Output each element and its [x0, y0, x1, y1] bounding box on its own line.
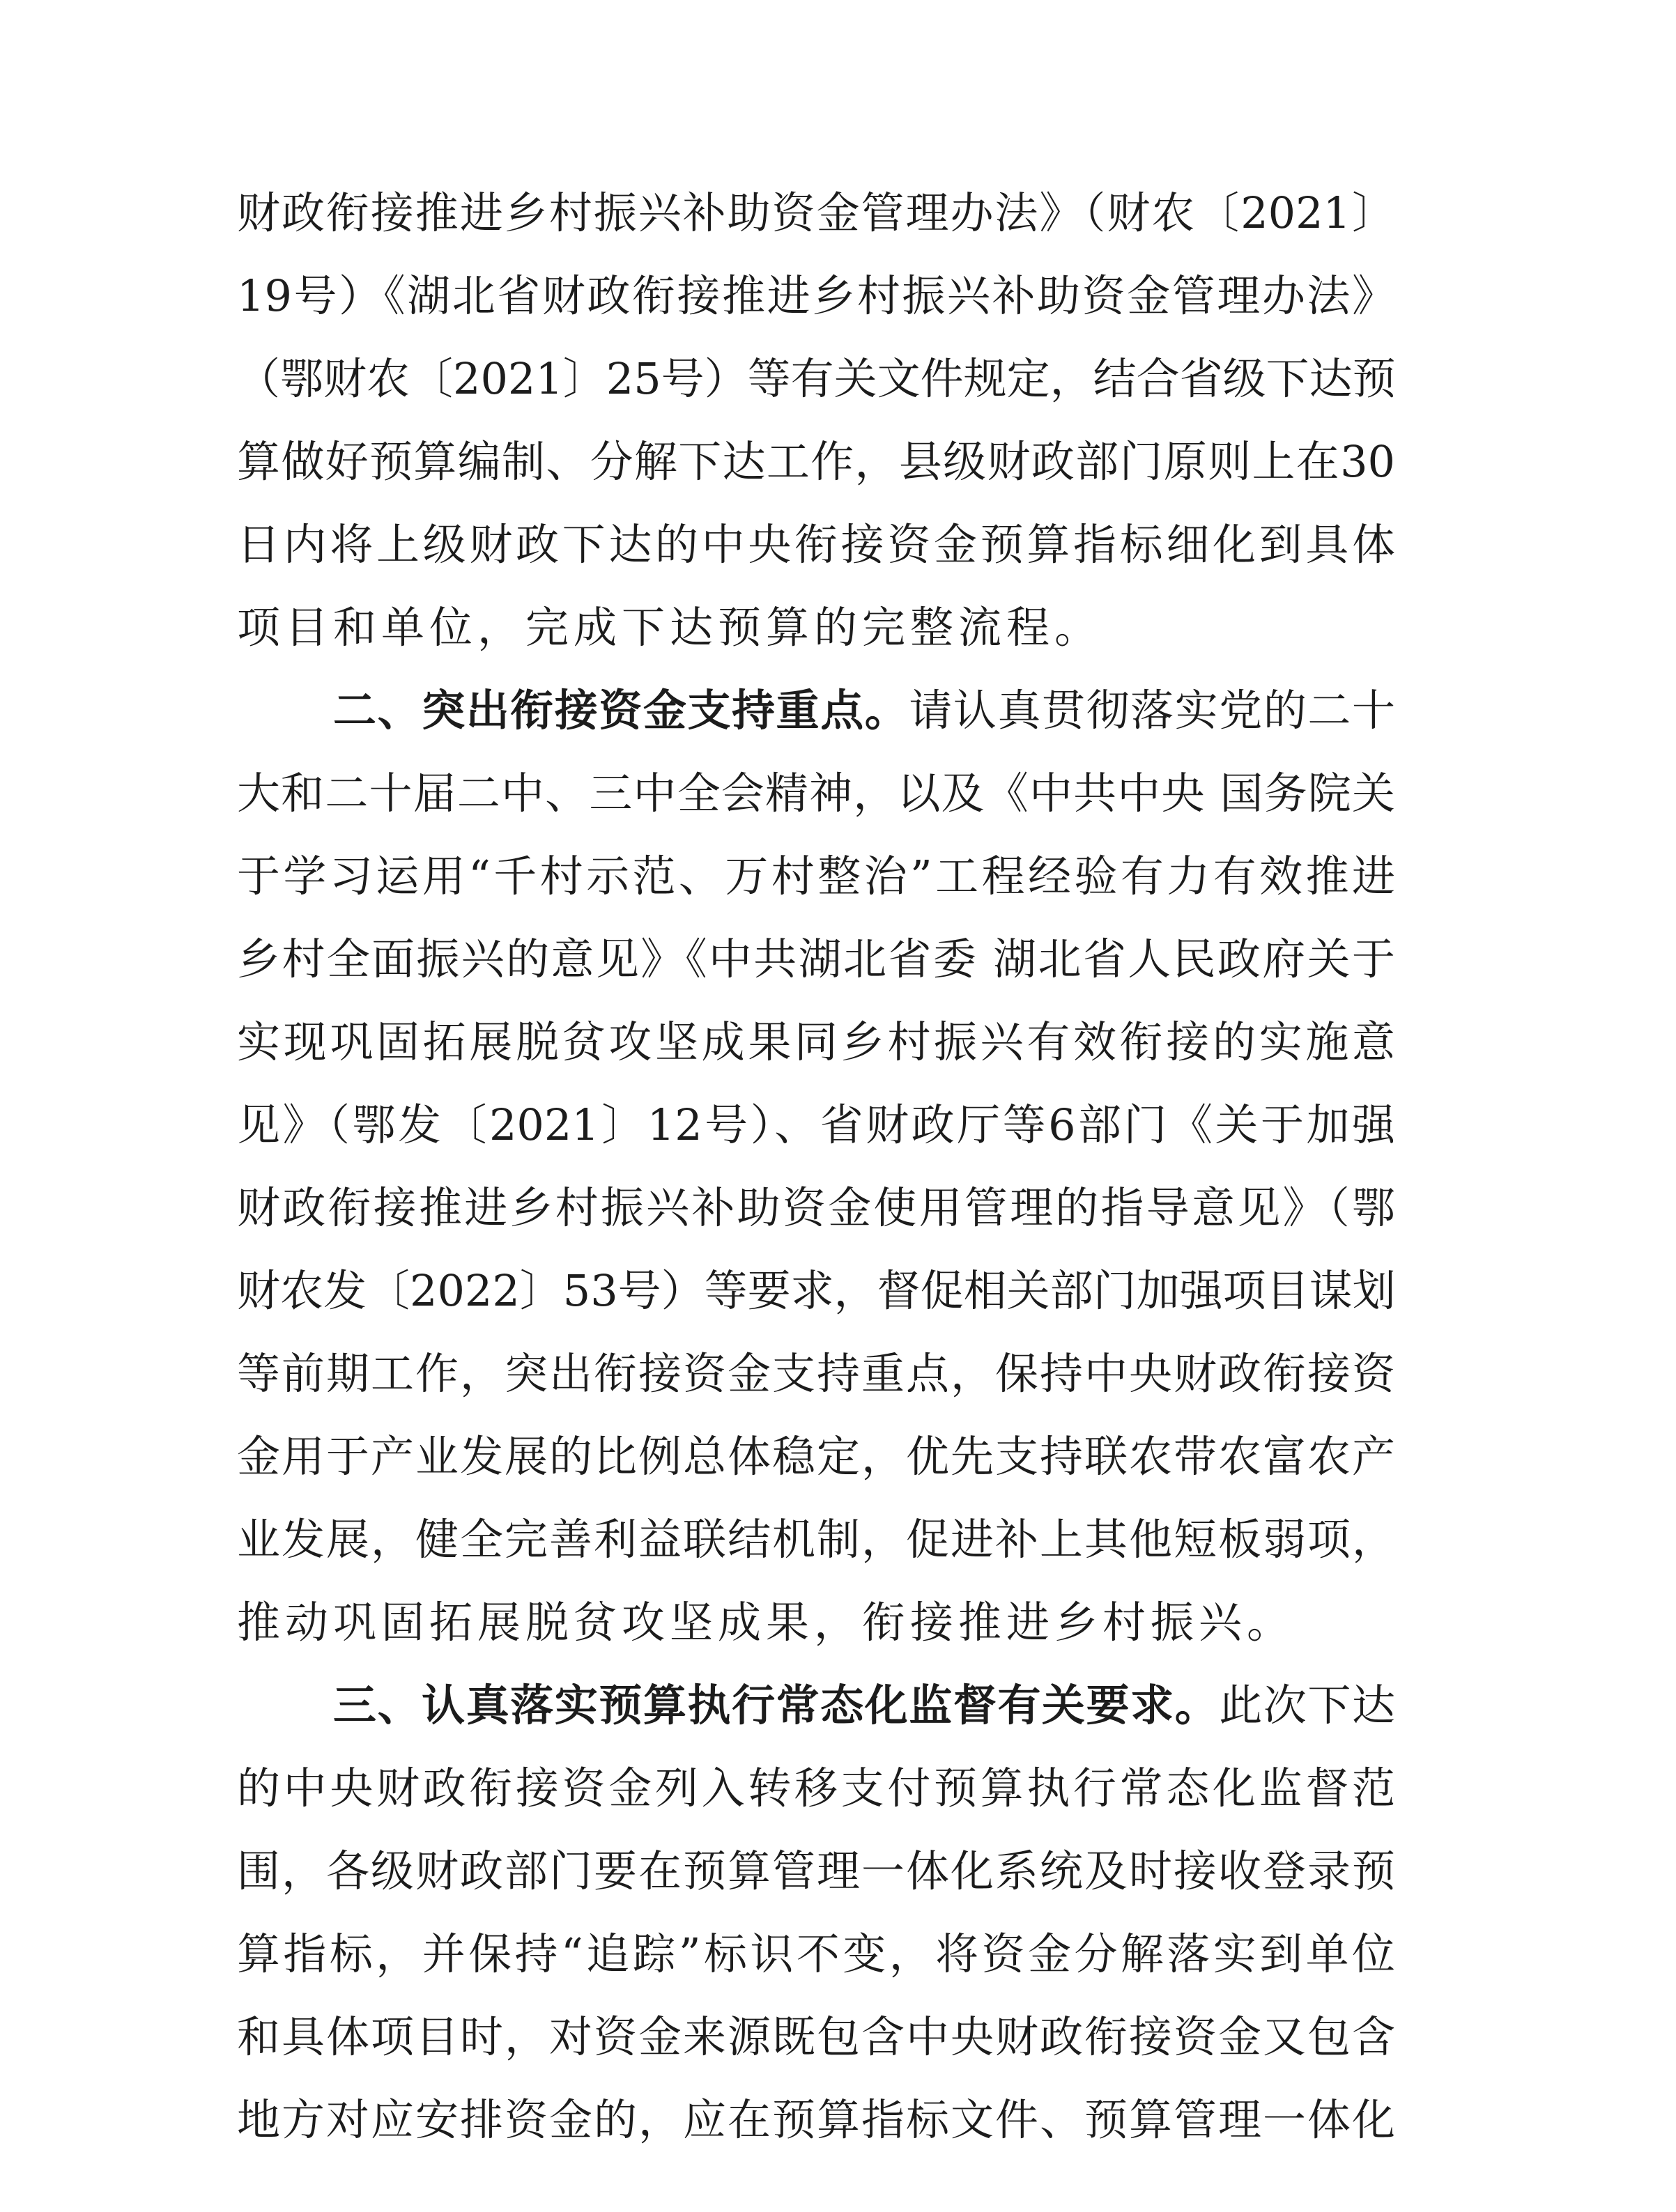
body-line: 日内将上级财政下达的中央衔接资金预算指标细化到具体: [237, 503, 1395, 586]
body-line: 大和二十届二中、三中全会精神，以及《中共中央 国务院关: [237, 752, 1395, 835]
body-line: 围，各级财政部门要在预算管理一体化系统及时接收登录预: [237, 1830, 1395, 1912]
body-line: 财政衔接推进乡村振兴补助资金管理办法》（财农〔2021〕: [237, 171, 1395, 254]
body-line: 和具体项目时，对资金来源既包含中央财政衔接资金又包含: [237, 1995, 1395, 2078]
body-line: 地方对应安排资金的，应在预算指标文件、预算管理一体化: [237, 2078, 1395, 2161]
body-line: 实现巩固拓展脱贫攻坚成果同乡村振兴有效衔接的实施意: [237, 1000, 1395, 1083]
body-line: 业发展，健全完善利益联结机制，促进补上其他短板弱项，: [237, 1498, 1395, 1581]
body-line: 乡村全面振兴的意见》《中共湖北省委 湖北省人民政府关于: [237, 918, 1395, 1000]
body-line: 算指标，并保持“追踪”标识不变，将资金分解落实到单位: [237, 1912, 1395, 1995]
body-line: 推动巩固拓展脱贫攻坚成果，衔接推进乡村振兴。: [237, 1581, 1395, 1664]
body-line: 金用于产业发展的比例总体稳定，优先支持联农带农富农产: [237, 1415, 1395, 1498]
section-heading: 二、突出衔接资金支持重点。: [333, 685, 909, 736]
body-text: 此次下达: [1219, 1680, 1395, 1731]
body-line: 财政衔接推进乡村振兴补助资金使用管理的指导意见》（鄂: [237, 1166, 1395, 1249]
section-two-first-line: 二、突出衔接资金支持重点。请认真贯彻落实党的二十: [333, 669, 1395, 752]
section-three-first-line: 三、认真落实预算执行常态化监督有关要求。此次下达: [333, 1664, 1395, 1747]
body-line: 19号）《湖北省财政衔接推进乡村振兴补助资金管理办法》: [237, 254, 1395, 337]
document-page: 财政衔接推进乡村振兴补助资金管理办法》（财农〔2021〕 19号）《湖北省财政衔…: [0, 0, 1676, 2212]
body-line: 项目和单位，完成下达预算的完整流程。: [237, 586, 1395, 669]
body-line: 于学习运用“千村示范、万村整治”工程经验有力有效推进: [237, 835, 1395, 918]
body-line: 的中央财政衔接资金列入转移支付预算执行常态化监督范: [237, 1747, 1395, 1830]
body-line: （鄂财农〔2021〕25号）等有关文件规定，结合省级下达预: [237, 337, 1395, 420]
body-line: 算做好预算编制、分解下达工作，县级财政部门原则上在30: [237, 420, 1395, 503]
body-line: 等前期工作，突出衔接资金支持重点，保持中央财政衔接资: [237, 1332, 1395, 1415]
body-line: 见》（鄂发〔2021〕12号）、省财政厅等6部门《关于加强: [237, 1083, 1395, 1166]
body-line: 财农发〔2022〕53号）等要求，督促相关部门加强项目谋划: [237, 1249, 1395, 1332]
body-text: 请认真贯彻落实党的二十: [909, 685, 1395, 736]
section-heading: 三、认真落实预算执行常态化监督有关要求。: [333, 1680, 1219, 1731]
